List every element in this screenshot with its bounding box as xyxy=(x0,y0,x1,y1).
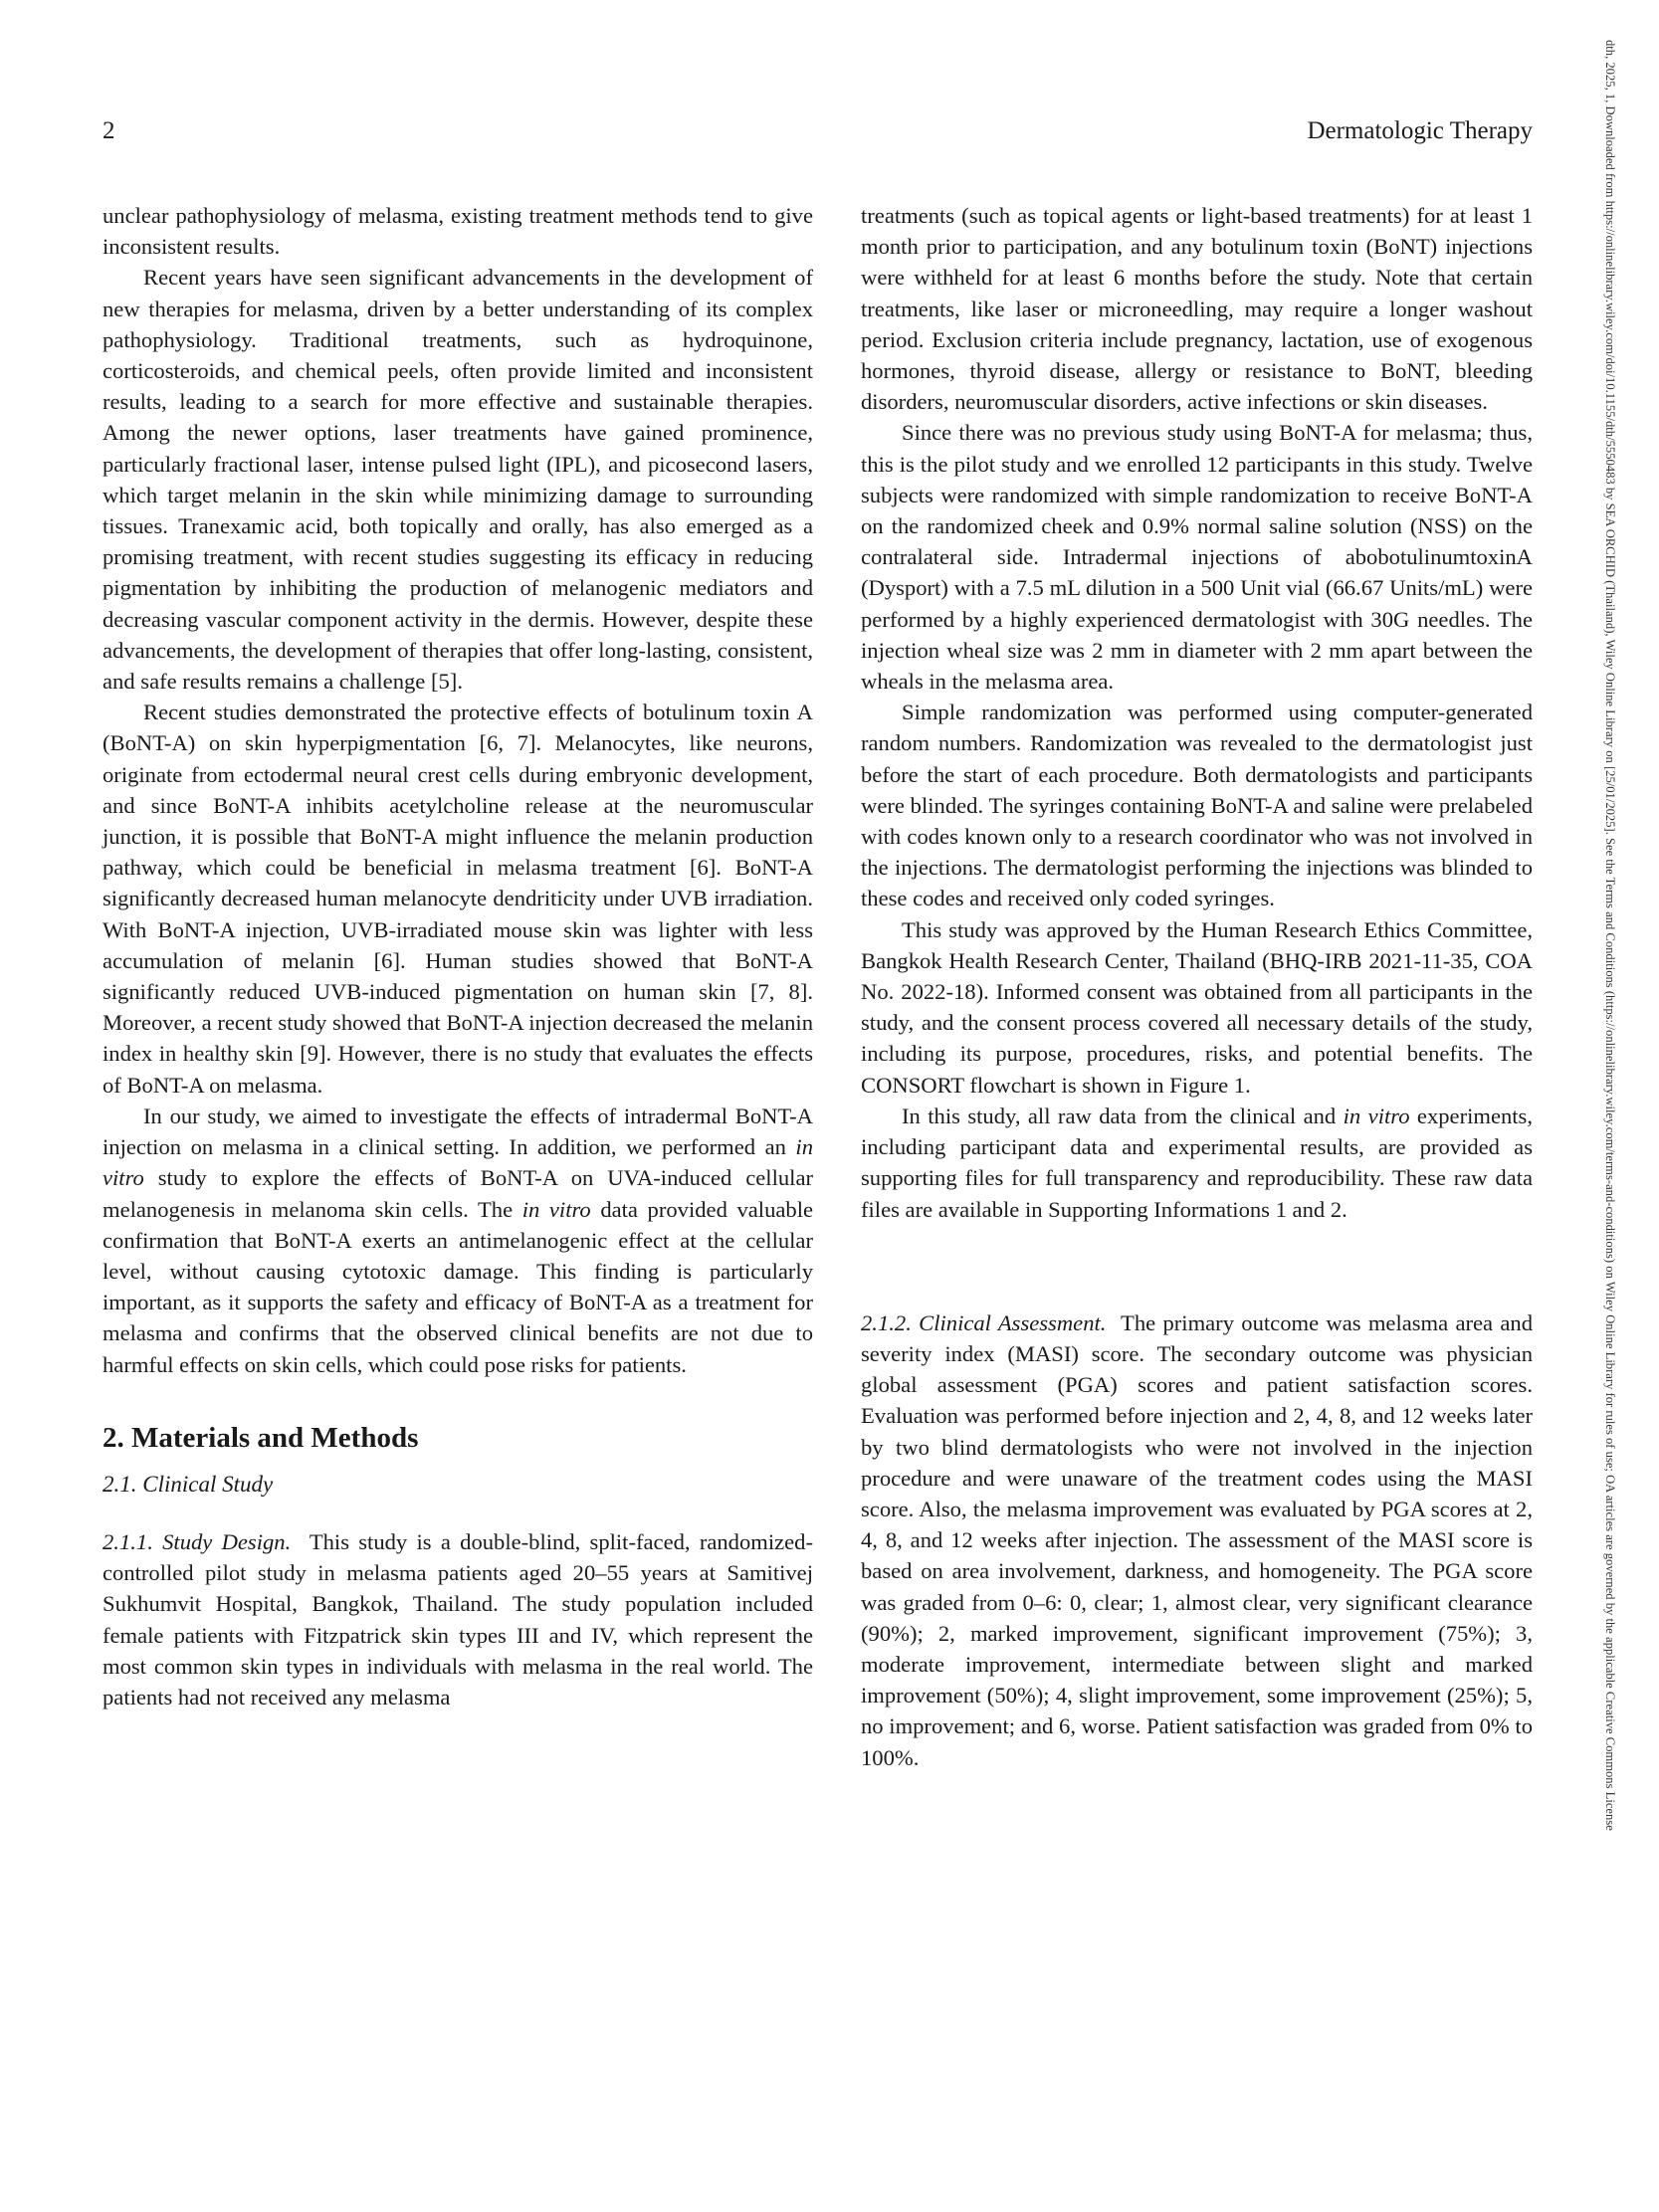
download-notice-sidebar: dth, 2025, 1, Downloaded from https://on… xyxy=(1599,40,1621,2199)
paragraph: unclear pathophysiology of melasma, exis… xyxy=(103,200,813,262)
paragraph-heading: 2.1.2. Clinical Assessment. xyxy=(861,1310,1106,1335)
italic-term: in vitro xyxy=(1344,1104,1410,1128)
paragraph-study-design: 2.1.1. Study Design. This study is a dou… xyxy=(103,1526,813,1712)
section-heading: 2. Materials and Methods xyxy=(103,1420,813,1456)
page-number: 2 xyxy=(103,117,115,145)
paragraph: Recent studies demonstrated the protecti… xyxy=(103,697,813,1101)
paragraph: In this study, all raw data from the cli… xyxy=(861,1101,1533,1225)
subsection-heading: 2.1. Clinical Study xyxy=(103,1469,813,1500)
text-run: In our study, we aimed to investigate th… xyxy=(103,1104,813,1159)
paragraph: Recent years have seen significant advan… xyxy=(103,262,813,697)
paragraph-heading: 2.1.1. Study Design. xyxy=(103,1529,291,1554)
journal-running-head: Dermatologic Therapy xyxy=(1307,117,1533,145)
paragraph: treatments (such as topical agents or li… xyxy=(861,200,1533,417)
text-run: In this study, all raw data from the cli… xyxy=(902,1104,1344,1128)
paragraph: Simple randomization was performed using… xyxy=(861,697,1533,913)
paragraph: In our study, we aimed to investigate th… xyxy=(103,1101,813,1380)
left-column: unclear pathophysiology of melasma, exis… xyxy=(103,200,813,1712)
text-run: The primary outcome was melasma area and… xyxy=(861,1310,1533,1770)
text-run: This study is a double-blind, split-face… xyxy=(103,1529,813,1709)
paragraph-clinical-assessment: 2.1.2. Clinical Assessment. The primary … xyxy=(861,1307,1533,1773)
column-spacer xyxy=(861,1225,1533,1307)
paragraph: Since there was no previous study using … xyxy=(861,417,1533,697)
italic-term: in vitro xyxy=(522,1197,591,1222)
text-run: data provided valuable confirmation that… xyxy=(103,1197,813,1377)
paragraph: This study was approved by the Human Res… xyxy=(861,914,1533,1101)
right-column: treatments (such as topical agents or li… xyxy=(861,200,1533,1773)
